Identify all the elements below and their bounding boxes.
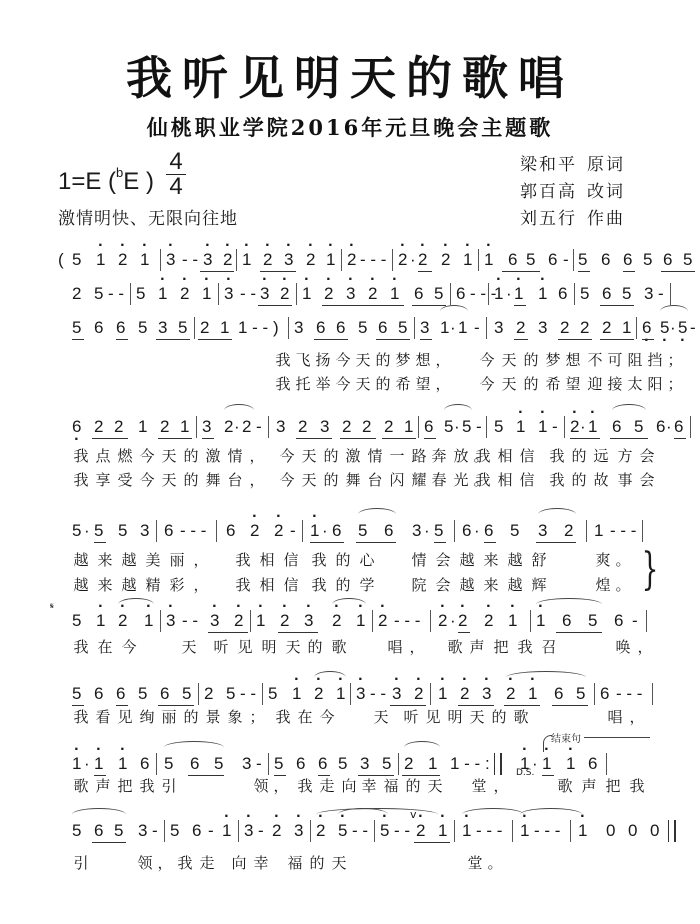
note: - - <box>352 818 368 844</box>
lyric-char: 越 <box>458 574 476 595</box>
note: 1 - - : <box>450 751 490 777</box>
note: · <box>234 414 240 440</box>
note: 2 <box>404 751 413 777</box>
barline <box>130 283 131 305</box>
lyric-char: 歌 <box>446 636 464 657</box>
note: 2 <box>224 414 233 440</box>
note: - <box>690 315 696 341</box>
note: 3 <box>224 281 233 307</box>
barline <box>341 249 342 271</box>
beam-underline <box>642 339 654 340</box>
note: 5 <box>683 247 692 273</box>
lyric-char: 见 <box>116 706 134 727</box>
beam-underline <box>420 339 432 340</box>
lyric-char: 天 <box>354 373 372 394</box>
lyric-line: 我点燃今天的激情，今天的激情一路奔放。我相信我的远方会 <box>0 445 620 467</box>
note: 3 <box>494 315 503 341</box>
note: 2 <box>458 608 467 634</box>
slur-arc <box>332 598 366 611</box>
lyric-char: 故 <box>592 469 610 490</box>
note: 1 <box>302 281 311 307</box>
lyric-char: 燃 <box>116 445 134 466</box>
lyric-char: 情 <box>410 549 428 570</box>
lyric-char: 今 <box>478 373 496 394</box>
barline <box>690 416 691 438</box>
note: 1 <box>514 281 523 307</box>
lyric-char: ， <box>156 852 174 873</box>
lyric-char: 天 <box>300 445 318 466</box>
note: 2 <box>204 681 213 707</box>
note: 1 <box>538 414 547 440</box>
lyric-char: ， <box>248 469 266 490</box>
notation-system: 5653-56-13-2325- -5- -211- - -1- - -1000… <box>58 818 658 844</box>
note: 0 <box>650 818 659 844</box>
lyric-char: 声 <box>468 636 486 657</box>
note: - - <box>370 681 386 707</box>
note: - - - <box>470 281 496 307</box>
note: 3 <box>482 681 491 707</box>
note: 5 <box>226 681 235 707</box>
note: 0 <box>606 818 615 844</box>
lyric-char: 看 <box>94 706 112 727</box>
lyric-char: 放 <box>452 445 470 466</box>
note: 6 <box>332 518 341 544</box>
lyric-char: 绚 <box>138 706 156 727</box>
beam-underline <box>600 339 634 340</box>
note: 5 <box>358 518 367 544</box>
note: · <box>410 247 416 273</box>
note: 6 <box>384 518 393 544</box>
lyric-char: 把 <box>604 775 622 796</box>
lyric-char: 领 <box>136 852 154 873</box>
barline <box>636 317 637 339</box>
note: 5 <box>434 281 443 307</box>
note: 1 <box>220 315 229 341</box>
beam-underline <box>322 305 404 306</box>
note: 5 <box>118 518 127 544</box>
lyric-char: 受 <box>116 469 134 490</box>
lyric-char: ， <box>434 373 452 394</box>
note: 2 <box>516 315 525 341</box>
lyric-char: 领 <box>252 775 270 796</box>
lyric-char: 。 <box>614 574 632 595</box>
lyric-char: 走 <box>198 852 216 873</box>
note: 1 <box>428 751 437 777</box>
lyric-char: ， <box>636 636 654 657</box>
time-numerator: 4 <box>166 150 186 175</box>
barline <box>372 610 373 632</box>
note: 5 <box>72 247 81 273</box>
note: - - <box>240 281 256 307</box>
note: 3 <box>392 681 401 707</box>
note: - - - <box>394 608 420 634</box>
note: 5 <box>178 315 187 341</box>
lyric-char: 今 <box>318 706 336 727</box>
lyric-char: ； <box>666 373 684 394</box>
lyric-char: 向 <box>340 775 358 796</box>
lyric-char: 点 <box>94 445 112 466</box>
barline <box>156 753 157 775</box>
barline <box>216 520 217 542</box>
note: 2 <box>114 414 123 440</box>
lyric-char: 越 <box>72 549 90 570</box>
note: 2 <box>414 681 423 707</box>
note: 5 <box>494 414 503 440</box>
lyric-char: 太 <box>626 373 644 394</box>
notation-system: 62212132·2-323222165·5-511-2·1656·6 <box>58 414 658 440</box>
lyric-char: 情 <box>366 445 384 466</box>
note: 5 <box>164 751 173 777</box>
note: 1 <box>494 281 503 307</box>
beam-underline <box>72 339 84 340</box>
lyric-char: 台 <box>366 469 384 490</box>
slur-arc <box>538 508 576 521</box>
lyric-line: 我托举今天的希望，今天的希望迎接太阳； <box>0 373 620 395</box>
note: 1 <box>566 751 575 777</box>
note: 2 <box>280 281 289 307</box>
lyric-char: 一 <box>388 445 406 466</box>
beam-underline <box>661 271 695 272</box>
note: 1 <box>336 681 345 707</box>
credit-role: 作曲 <box>587 209 625 229</box>
note: - <box>474 315 480 341</box>
note: 1 <box>138 414 147 440</box>
lyric-char: 引 <box>160 775 178 796</box>
barline <box>238 820 239 842</box>
lyric-char: 我 <box>176 852 194 873</box>
note: 2 <box>274 518 283 544</box>
note: 3 <box>356 681 365 707</box>
note: 2 <box>234 608 243 634</box>
lyric-char: 望 <box>564 373 582 394</box>
note: - <box>256 751 262 777</box>
note: 5 <box>182 681 191 707</box>
note: 6 <box>642 315 651 341</box>
segno-icon: 𝄋 <box>50 602 54 612</box>
lyric-char: 的 <box>182 706 200 727</box>
note: · <box>580 414 586 440</box>
lyric-char: 向 <box>230 852 248 873</box>
credit-name: 郭百高 <box>520 182 577 202</box>
note: 2 <box>118 247 127 273</box>
lyric-char: 春 <box>430 469 448 490</box>
lyric-char: 把 <box>116 775 134 796</box>
note: · <box>474 518 480 544</box>
notation-system: 1·1165653-566535211 - - :1·116 <box>58 751 658 777</box>
note: 3 <box>210 608 219 634</box>
lyric-char: 飞 <box>294 349 312 370</box>
note: 2 <box>560 315 569 341</box>
barline <box>288 317 289 339</box>
barline <box>262 683 263 705</box>
barline <box>218 283 219 305</box>
barline <box>250 610 251 632</box>
lyric-char: 光 <box>452 469 470 490</box>
note: 1 <box>458 315 467 341</box>
lyric-char: 信 <box>518 469 536 490</box>
note: 2 <box>506 681 515 707</box>
notation-system: (51213- -32123212- - -2·2211656-566565 <box>58 247 658 273</box>
note: 3 <box>138 818 147 844</box>
barline <box>570 820 571 842</box>
barline <box>646 610 647 632</box>
note: 5 <box>444 414 453 440</box>
lyric-char: 梦 <box>544 349 562 370</box>
note: 6 <box>462 518 471 544</box>
note: 1 <box>118 751 127 777</box>
beam-underline <box>156 339 190 340</box>
note: 2 <box>378 608 387 634</box>
note: · <box>84 751 90 777</box>
note: 6 <box>336 315 345 341</box>
lyric-char: 来 <box>482 574 500 595</box>
lyric-char: 相 <box>496 469 514 490</box>
note: - <box>552 414 558 440</box>
note: 2 <box>316 818 325 844</box>
note: 6 <box>190 751 199 777</box>
lyric-char: 听 <box>212 636 230 657</box>
barline <box>586 520 587 542</box>
note: 1 <box>578 818 587 844</box>
note: 3 <box>294 315 303 341</box>
slur-arc <box>72 808 126 821</box>
note: 2 <box>180 281 189 307</box>
beam-underline <box>92 842 126 843</box>
lyric-char: 我 <box>310 574 328 595</box>
lyric-char: 舞 <box>204 469 222 490</box>
note: 2 <box>580 315 589 341</box>
note: 2 <box>564 518 573 544</box>
note: 3 <box>346 281 355 307</box>
note: 3 <box>276 414 285 440</box>
note: 3 <box>360 751 369 777</box>
repeat-brace-icon: } <box>642 548 659 592</box>
note: - - <box>108 281 124 307</box>
lyric-char: 想 <box>564 349 582 370</box>
notation-system: 56656525- -51213- -3212321656- - - <box>58 681 658 707</box>
note: - <box>632 608 638 634</box>
note: 6 <box>558 281 567 307</box>
note: 1 <box>140 247 149 273</box>
lyric-char: 事 <box>616 469 634 490</box>
beam-underline <box>484 542 496 543</box>
lyric-char: 明 <box>446 706 464 727</box>
lyric-char: 天 <box>500 349 518 370</box>
note: 6 <box>140 751 149 777</box>
notation-system: 25- -51213- -3212321656- - -1·1165653- <box>58 281 658 307</box>
beam-underline <box>258 305 292 306</box>
note: 1 - - ) <box>238 315 279 341</box>
beam-underline <box>296 438 332 439</box>
lyric-char: 激 <box>204 445 222 466</box>
note: 5 <box>338 751 347 777</box>
lyric-char: 不 <box>586 349 604 370</box>
barline <box>594 683 595 705</box>
slur-arc <box>358 508 396 521</box>
note: 5 <box>72 518 81 544</box>
note: 5 <box>138 315 147 341</box>
lyric-char: 的 <box>570 445 588 466</box>
slur-arc <box>462 808 524 821</box>
lyric-char: 走 <box>318 775 336 796</box>
lyric-char: 信 <box>518 445 536 466</box>
note: 1 <box>536 608 545 634</box>
lyric-char: 的 <box>374 373 392 394</box>
notation-system: 𝄋51213- -32123212- - -2·2211656- <box>58 608 658 634</box>
note: - - - <box>610 518 636 544</box>
lyric-char: 唱 <box>606 706 624 727</box>
lyric-char: 。 <box>614 549 632 570</box>
note: 6 <box>663 247 672 273</box>
lyric-char: 心 <box>358 549 376 570</box>
notation-system: 566535211 - - )36656531·1-323222165·5- <box>58 315 658 341</box>
lyric-char: 爽 <box>594 549 612 570</box>
slur-arc <box>314 671 346 684</box>
note: · <box>506 281 512 307</box>
lyric-char: 享 <box>94 469 112 490</box>
lyric-char: 今 <box>138 469 156 490</box>
note: 5 <box>526 247 535 273</box>
note: 3 <box>320 414 329 440</box>
key-prefix: 1=E ( <box>58 168 116 195</box>
note: 1 <box>96 608 105 634</box>
lyric-char: 我 <box>274 706 292 727</box>
credit-role: 原词 <box>587 155 625 175</box>
barline <box>418 416 419 438</box>
note: · <box>322 518 328 544</box>
lyric-char: 歌 <box>72 775 90 796</box>
note: 2 <box>460 681 469 707</box>
barline <box>573 249 574 271</box>
beam-underline <box>424 438 436 439</box>
note: 6 <box>612 414 621 440</box>
lyric-char: 歌 <box>330 636 348 657</box>
credits: 梁和平原词 郭百高改词 刘五行作曲 <box>520 152 625 233</box>
note: 6 <box>601 247 610 273</box>
lyric-char: 堂 <box>470 775 488 796</box>
lyric-char: 越 <box>506 549 524 570</box>
note: 2 <box>384 414 393 440</box>
barline <box>196 416 197 438</box>
lyric-char: 幸 <box>360 775 378 796</box>
lyric-char: 美 <box>144 549 162 570</box>
note: - - - <box>180 518 206 544</box>
note: - <box>258 818 264 844</box>
note: 2 <box>118 608 127 634</box>
barline <box>350 683 351 705</box>
lyric-char: 希 <box>544 373 562 394</box>
lyric-char: 的 <box>182 469 200 490</box>
beam-underline <box>278 632 318 633</box>
note: - - - <box>476 818 502 844</box>
dal-segno-mark: D.S. <box>516 768 534 778</box>
note: 5 <box>578 247 587 273</box>
note: 3 <box>260 281 269 307</box>
note: 2 <box>570 414 579 440</box>
note: - - - <box>534 818 560 844</box>
lyric-char: 我 <box>72 636 90 657</box>
note: 5 <box>72 681 81 707</box>
lyric-char: 阻 <box>626 349 644 370</box>
note: 5 <box>576 681 585 707</box>
note: 1 <box>256 608 265 634</box>
lyric-line: 引领，我走向幸福的天堂。 <box>0 852 620 874</box>
lyric-char: 天 <box>300 469 318 490</box>
note: 2 <box>280 608 289 634</box>
beam-underline <box>610 438 648 439</box>
note: 3 <box>304 608 313 634</box>
note: 1 <box>508 608 517 634</box>
lyric-char: 相 <box>258 574 276 595</box>
beam-underline <box>208 632 248 633</box>
lyric-char: 天 <box>426 775 444 796</box>
note: · <box>670 315 676 341</box>
note: 2 <box>602 315 611 341</box>
note: 2 <box>342 414 351 440</box>
beam-underline <box>92 438 128 439</box>
note: 1 <box>463 247 472 273</box>
lyric-char: 天 <box>180 636 198 657</box>
note: 3 <box>644 281 653 307</box>
slur-arc <box>536 598 602 611</box>
note: 2 <box>94 414 103 440</box>
lyric-char: ； <box>248 706 266 727</box>
note: 5 <box>268 681 277 707</box>
lyric-char: ， <box>492 775 510 796</box>
lyric-char: 举 <box>314 373 332 394</box>
note: 5 <box>94 281 103 307</box>
lyric-char: 会 <box>638 445 656 466</box>
barline <box>268 416 269 438</box>
note: 1 <box>484 247 493 273</box>
note: 1 <box>588 414 597 440</box>
lyric-char: 台 <box>226 469 244 490</box>
lyric-char: 歌 <box>556 775 574 796</box>
note: 5 <box>72 315 81 341</box>
breath-mark-icon: v <box>410 808 417 821</box>
note: 5 <box>588 608 597 634</box>
lyric-char: 情 <box>226 445 244 466</box>
barline <box>652 683 653 705</box>
barline <box>302 520 303 542</box>
barline <box>198 683 199 705</box>
lyric-char: 来 <box>96 574 114 595</box>
slur-arc <box>444 404 472 417</box>
note: 2 <box>441 247 450 273</box>
barline <box>374 820 375 842</box>
ending-label: 结束句 <box>551 730 581 745</box>
lyric-char: 精 <box>144 574 162 595</box>
note: 6 <box>116 681 125 707</box>
note: 2 <box>200 315 209 341</box>
flat-sign-icon: b <box>116 165 123 180</box>
note: - - <box>182 608 198 634</box>
lyric-char: 的 <box>404 775 422 796</box>
lyric-char: 我 <box>234 574 252 595</box>
note: 1 <box>594 518 603 544</box>
note: 2 <box>438 608 447 634</box>
lyric-char: 天 <box>500 373 518 394</box>
beam-underline <box>623 271 635 272</box>
lyric-char: 舒 <box>530 549 548 570</box>
note: · <box>450 315 456 341</box>
note: 1 <box>516 414 525 440</box>
note: 1 <box>292 681 301 707</box>
lyric-char: 今 <box>278 469 296 490</box>
lyric-char: 来 <box>96 549 114 570</box>
lyric-char: 的 <box>570 469 588 490</box>
note: 1 <box>96 247 105 273</box>
